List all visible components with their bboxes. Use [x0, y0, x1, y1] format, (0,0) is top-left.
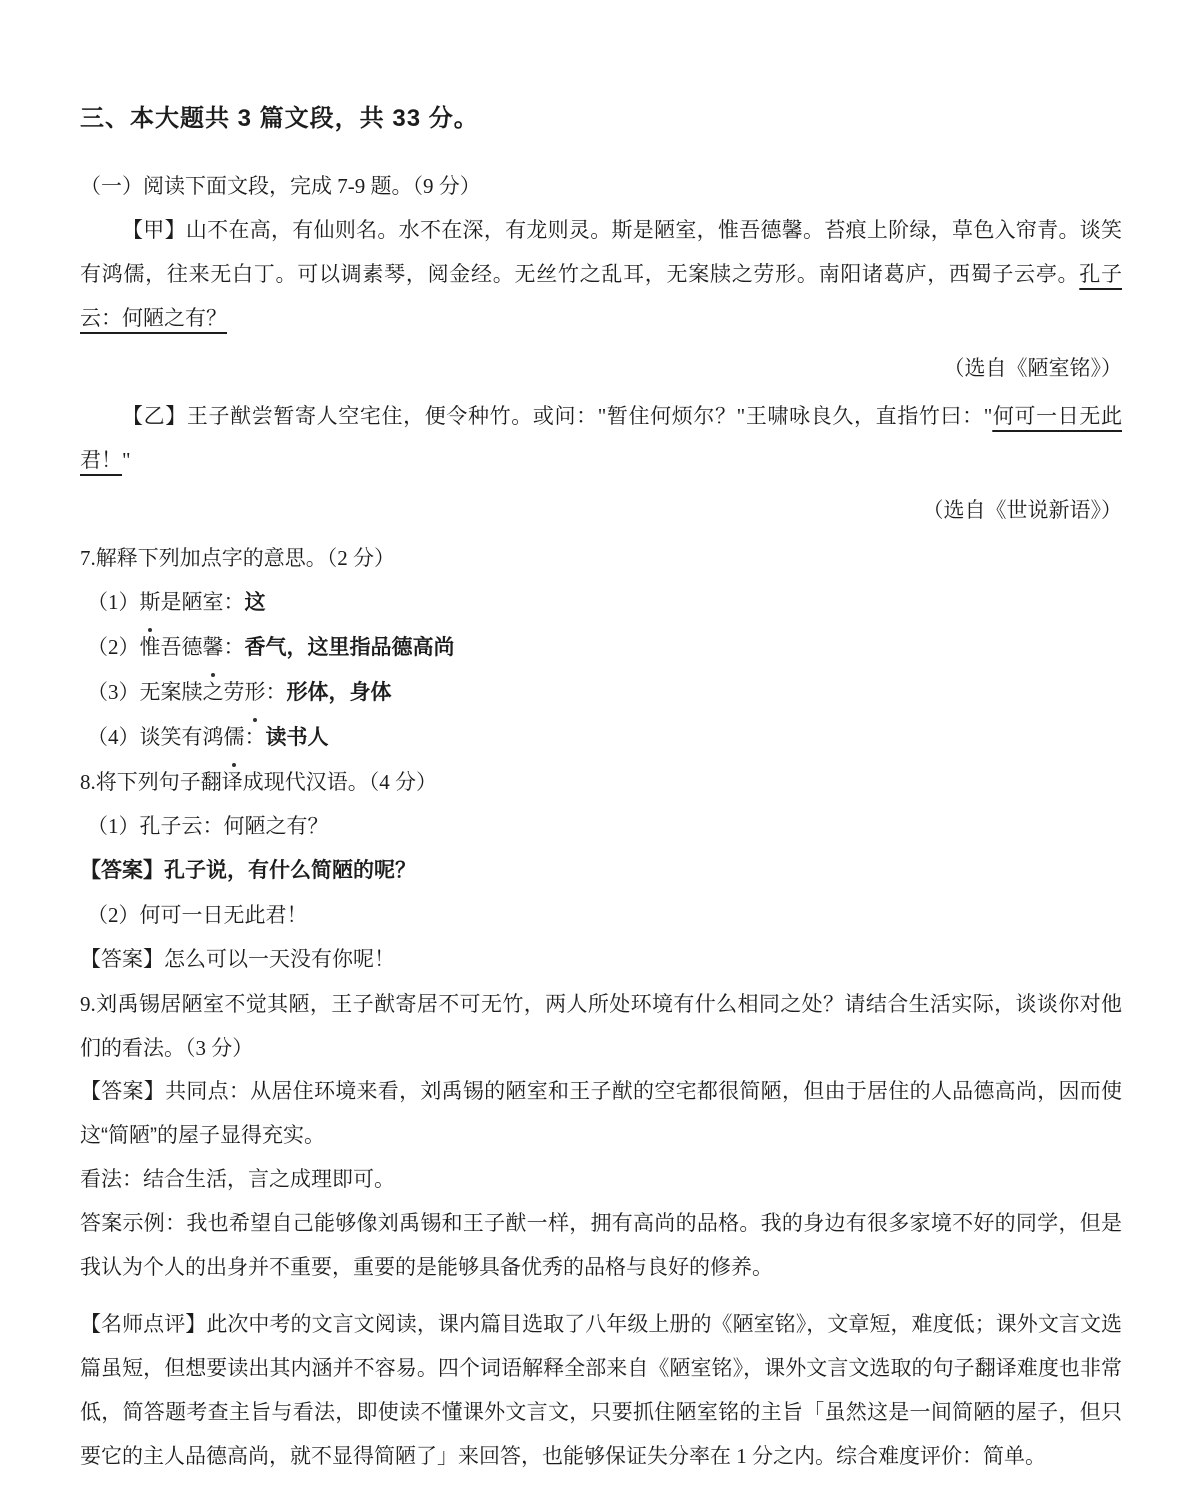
- section-heading: 三、本大题共 3 篇文段，共 33 分。: [80, 102, 1122, 136]
- q8-answer-1-label: 【答案】: [80, 859, 164, 882]
- q7-item-3-answer: 形体，身体: [287, 681, 392, 704]
- q7-item-3-dotted-char: 形: [245, 670, 266, 714]
- q7-item-3-before: 无案牍之劳: [140, 680, 245, 704]
- q8-answer-1: 【答案】孔子说，有什么简陋的呢？: [80, 848, 1122, 893]
- q7-item-3-number: （3）: [87, 680, 140, 704]
- q8-answer-1-text: 孔子说，有什么简陋的呢？: [164, 859, 416, 882]
- q9-answer: 【答案】共同点：从居住环境来看，刘禹锡的陋室和王子猷的空宅都很简陋，但由于居住的…: [80, 1070, 1122, 1158]
- q7-item-2-answer: 香气，这里指品德高尚: [245, 636, 455, 659]
- q7-item-4-number: （4）: [87, 725, 140, 749]
- passage-yi-label: 【乙】: [122, 404, 187, 428]
- q7-item-1-number: （1）: [87, 590, 140, 614]
- q7-item-1-after: 是陋室：: [161, 590, 245, 614]
- q7-item-1-answer: 这: [245, 591, 266, 614]
- q7-item-2-before: 惟吾德: [140, 635, 203, 659]
- q7-item-2-after: ：: [224, 635, 245, 659]
- passage-jia-text: 山不在高，有仙则名。水不在深，有龙则灵。斯是陋室，惟吾德馨。苔痕上阶绿，草色入帘…: [80, 218, 1122, 286]
- passage-yi-closing-quote: ": [122, 448, 131, 472]
- q7-item-1: （1）斯是陋室：这: [80, 580, 1122, 625]
- q8-sub2: （2）何可一日无此君！: [80, 893, 1122, 937]
- passage-yi: 【乙】王子猷尝暂寄人空宅住，便令种竹。或问："暂住何烦尔？"王啸咏良久，直指竹曰…: [80, 394, 1122, 482]
- subsection-title: （一）阅读下面文段，完成 7-9 题。（9 分）: [80, 164, 1122, 208]
- exam-page: 三、本大题共 3 篇文段，共 33 分。 （一）阅读下面文段，完成 7-9 题。…: [0, 0, 1200, 1504]
- q8-answer-2: 【答案】怎么可以一天没有你呢！: [80, 937, 1122, 982]
- q9-stem: 9.刘禹锡居陋室不觉其陋，王子猷寄居不可无竹，两人所处环境有什么相同之处？请结合…: [80, 982, 1122, 1070]
- passage-jia-label: 【甲】: [122, 218, 186, 242]
- passage-yi-text: 王子猷尝暂寄人空宅住，便令种竹。或问："暂住何烦尔？"王啸咏良久，直指竹曰：": [187, 404, 992, 428]
- passage-jia: 【甲】山不在高，有仙则名。水不在深，有龙则灵。斯是陋室，惟吾德馨。苔痕上阶绿，草…: [80, 208, 1122, 340]
- teacher-commentary: 【名师点评】此次中考的文言文阅读，课内篇目选取了八年级上册的《陋室铭》，文章短，…: [80, 1302, 1122, 1478]
- q9-answer-label: 【答案】: [80, 1080, 165, 1103]
- q7-item-2-dotted-char: 馨: [203, 625, 224, 669]
- teacher-commentary-label: 【名师点评】: [80, 1312, 206, 1336]
- q9-example: 答案示例：我也希望自己能够像刘禹锡和王子猷一样，拥有高尚的品格。我的身边有很多家…: [80, 1202, 1122, 1290]
- passage-jia-source: （选自《陋室铭》）: [80, 346, 1122, 390]
- q7-item-4-dotted-char: 儒: [224, 715, 245, 759]
- q7-item-1-dotted-char: 斯: [140, 580, 161, 624]
- q7-item-4-answer: 读书人: [266, 726, 329, 749]
- q9-view: 看法：结合生活，言之成理即可。: [80, 1158, 1122, 1202]
- q7-item-2: （2）惟吾德馨：香气，这里指品德高尚: [80, 625, 1122, 670]
- q8-answer-2-text: 怎么可以一天没有你呢！: [164, 948, 395, 971]
- q7-item-3: （3）无案牍之劳形：形体，身体: [80, 670, 1122, 715]
- q7-item-4-after: ：: [245, 725, 266, 749]
- q7-item-4: （4）谈笑有鸿儒：读书人: [80, 715, 1122, 760]
- q7-stem: 7.解释下列加点字的意思。（2 分）: [80, 536, 1122, 580]
- q9-answer-text: 共同点：从居住环境来看，刘禹锡的陋室和王子猷的空宅都很简陋，但由于居住的人品德高…: [80, 1080, 1122, 1147]
- passage-yi-source: （选自《世说新语》）: [80, 488, 1122, 532]
- q7-item-2-number: （2）: [87, 635, 140, 659]
- q7-item-4-before: 谈笑有鸿: [140, 725, 224, 749]
- teacher-commentary-text: 此次中考的文言文阅读，课内篇目选取了八年级上册的《陋室铭》，文章短，难度低；课外…: [80, 1312, 1122, 1468]
- q7-item-3-after: ：: [266, 680, 287, 704]
- q8-answer-2-label: 【答案】: [80, 948, 164, 971]
- q8-stem: 8.将下列句子翻译成现代汉语。（4 分）: [80, 760, 1122, 804]
- q8-sub1: （1）孔子云：何陋之有？: [80, 804, 1122, 848]
